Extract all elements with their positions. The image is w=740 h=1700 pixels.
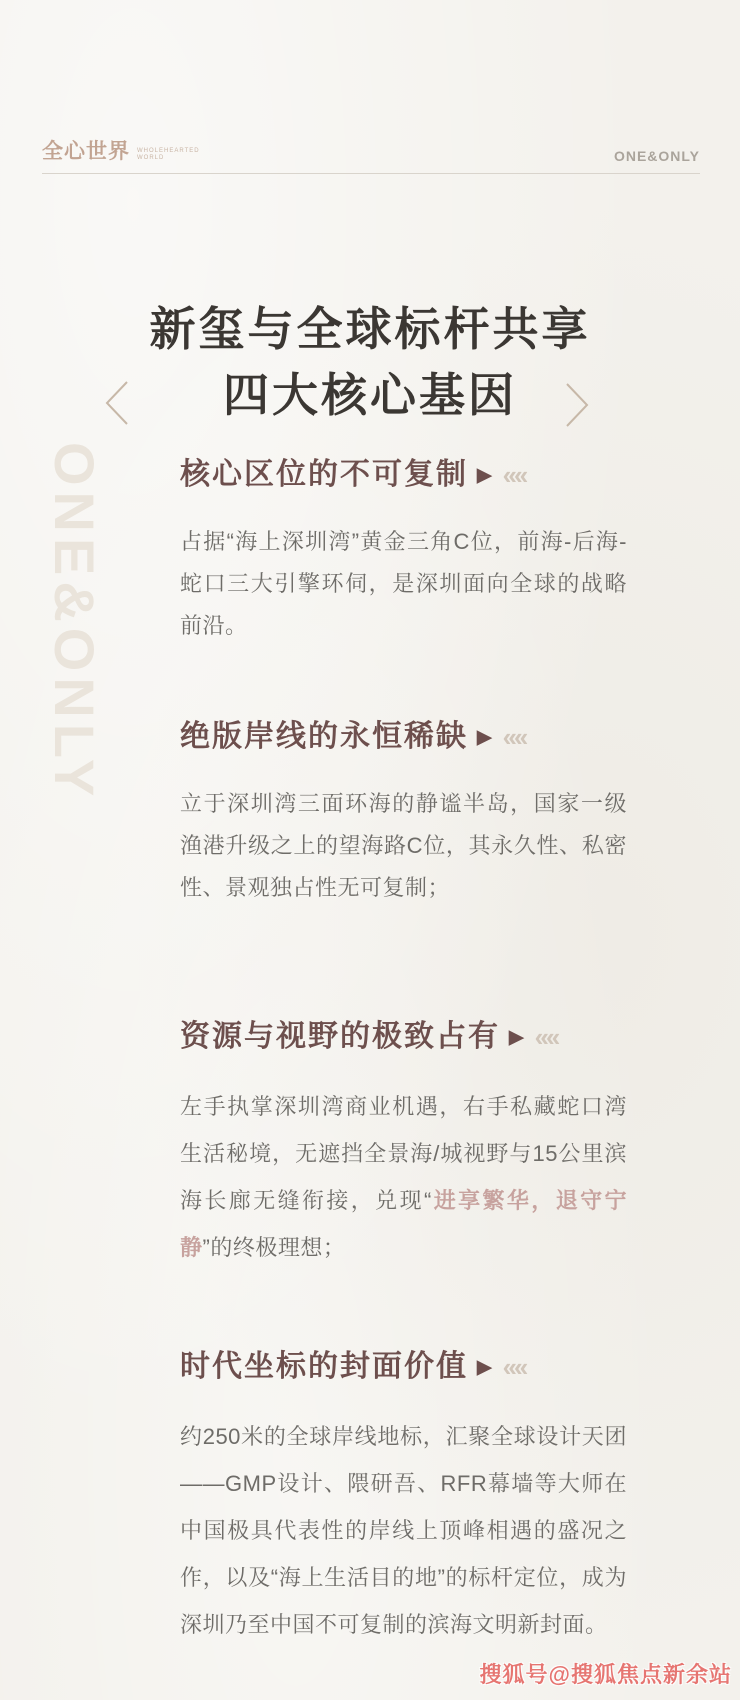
body-text: 立于深圳湾三面环海的静谧半岛，国家一级渔港升级之上的望海路C位，其永久性、私密性… — [180, 791, 627, 900]
section-body: 约250米的全球岸线地标，汇聚全球设计天团——GMP设计、隈研吾、RFR幕墙等大… — [180, 1413, 627, 1648]
heading-chevrons-icon: ‹‹‹‹ — [503, 1347, 526, 1387]
section-era-landmark: 时代坐标的封面价值 ▶ ‹‹‹‹ 约250米的全球岸线地标，汇聚全球设计天团——… — [180, 1347, 627, 1648]
side-watermark: ONE&ONLY — [42, 442, 107, 912]
body-text: 约250米的全球岸线地标，汇聚全球设计天团——GMP设计、隈研吾、RFR幕墙等大… — [180, 1424, 627, 1637]
section-heading-text: 绝版岸线的永恒稀缺 — [180, 717, 468, 757]
heading-chevrons-icon: ‹‹‹‹ — [503, 717, 526, 757]
section-heading-text: 核心区位的不可复制 — [180, 455, 468, 495]
section-coastline-scarcity: 绝版岸线的永恒稀缺 ▶ ‹‹‹‹ 立于深圳湾三面环海的静谧半岛，国家一级渔港升级… — [180, 717, 627, 909]
section-resource-view: 资源与视野的极致占有 ▶ ‹‹‹‹ 左手执掌深圳湾商业机遇，右手私藏蛇口湾生活秘… — [180, 1017, 627, 1271]
section-body: 左手执掌深圳湾商业机遇，右手私藏蛇口湾生活秘境，无遮挡全景海/城视野与15公里滨… — [180, 1083, 627, 1271]
play-arrow-icon: ▶ — [477, 1348, 494, 1388]
chevron-left-icon — [101, 378, 131, 428]
chevron-right-icon — [563, 380, 593, 430]
sohu-watermark: 搜狐号@搜狐焦点新余站 — [480, 1658, 732, 1689]
brand-oneandonly: ONE&ONLY — [614, 148, 700, 164]
section-body: 占据“海上深圳湾”黄金三角C位，前海-后海-蛇口三大引擎环伺，是深圳面向全球的战… — [180, 521, 627, 647]
body-text-after: ”的终极理想； — [203, 1235, 346, 1260]
brand-logo: 全心世界 WHOLEHEARTED WORLD — [42, 140, 200, 164]
heading-chevrons-icon: ‹‹‹‹ — [503, 455, 526, 495]
play-arrow-icon: ▶ — [477, 456, 494, 496]
play-arrow-icon: ▶ — [509, 1018, 526, 1058]
header: 全心世界 WHOLEHEARTED WORLD ONE&ONLY — [42, 140, 700, 180]
play-arrow-icon: ▶ — [477, 718, 494, 758]
section-body: 立于深圳湾三面环海的静谧半岛，国家一级渔港升级之上的望海路C位，其永久性、私密性… — [180, 783, 627, 909]
section-heading: 资源与视野的极致占有 ▶ ‹‹‹‹ — [180, 1017, 627, 1057]
logo-text-cn: 全心世界 — [42, 140, 130, 164]
body-text: 占据“海上深圳湾”黄金三角C位，前海-后海-蛇口三大引擎环伺，是深圳面向全球的战… — [180, 529, 627, 638]
section-heading: 绝版岸线的永恒稀缺 ▶ ‹‹‹‹ — [180, 717, 627, 757]
page-title-line1: 新玺与全球标杆共享 — [0, 296, 740, 362]
section-heading-text: 时代坐标的封面价值 — [180, 1347, 468, 1387]
header-divider — [42, 173, 700, 174]
logo-subtext-line1: WHOLEHEARTED — [137, 148, 200, 155]
section-core-location: 核心区位的不可复制 ▶ ‹‹‹‹ 占据“海上深圳湾”黄金三角C位，前海-后海-蛇… — [180, 455, 627, 647]
section-heading: 核心区位的不可复制 ▶ ‹‹‹‹ — [180, 455, 627, 495]
section-heading-text: 资源与视野的极致占有 — [180, 1017, 500, 1057]
section-heading: 时代坐标的封面价值 ▶ ‹‹‹‹ — [180, 1347, 627, 1387]
heading-chevrons-icon: ‹‹‹‹ — [535, 1017, 558, 1057]
poster-page: 全心世界 WHOLEHEARTED WORLD ONE&ONLY 新玺与全球标杆… — [0, 0, 740, 1700]
logo-subtext-line2: WORLD — [137, 155, 200, 162]
logo-subtext: WHOLEHEARTED WORLD — [137, 140, 200, 162]
